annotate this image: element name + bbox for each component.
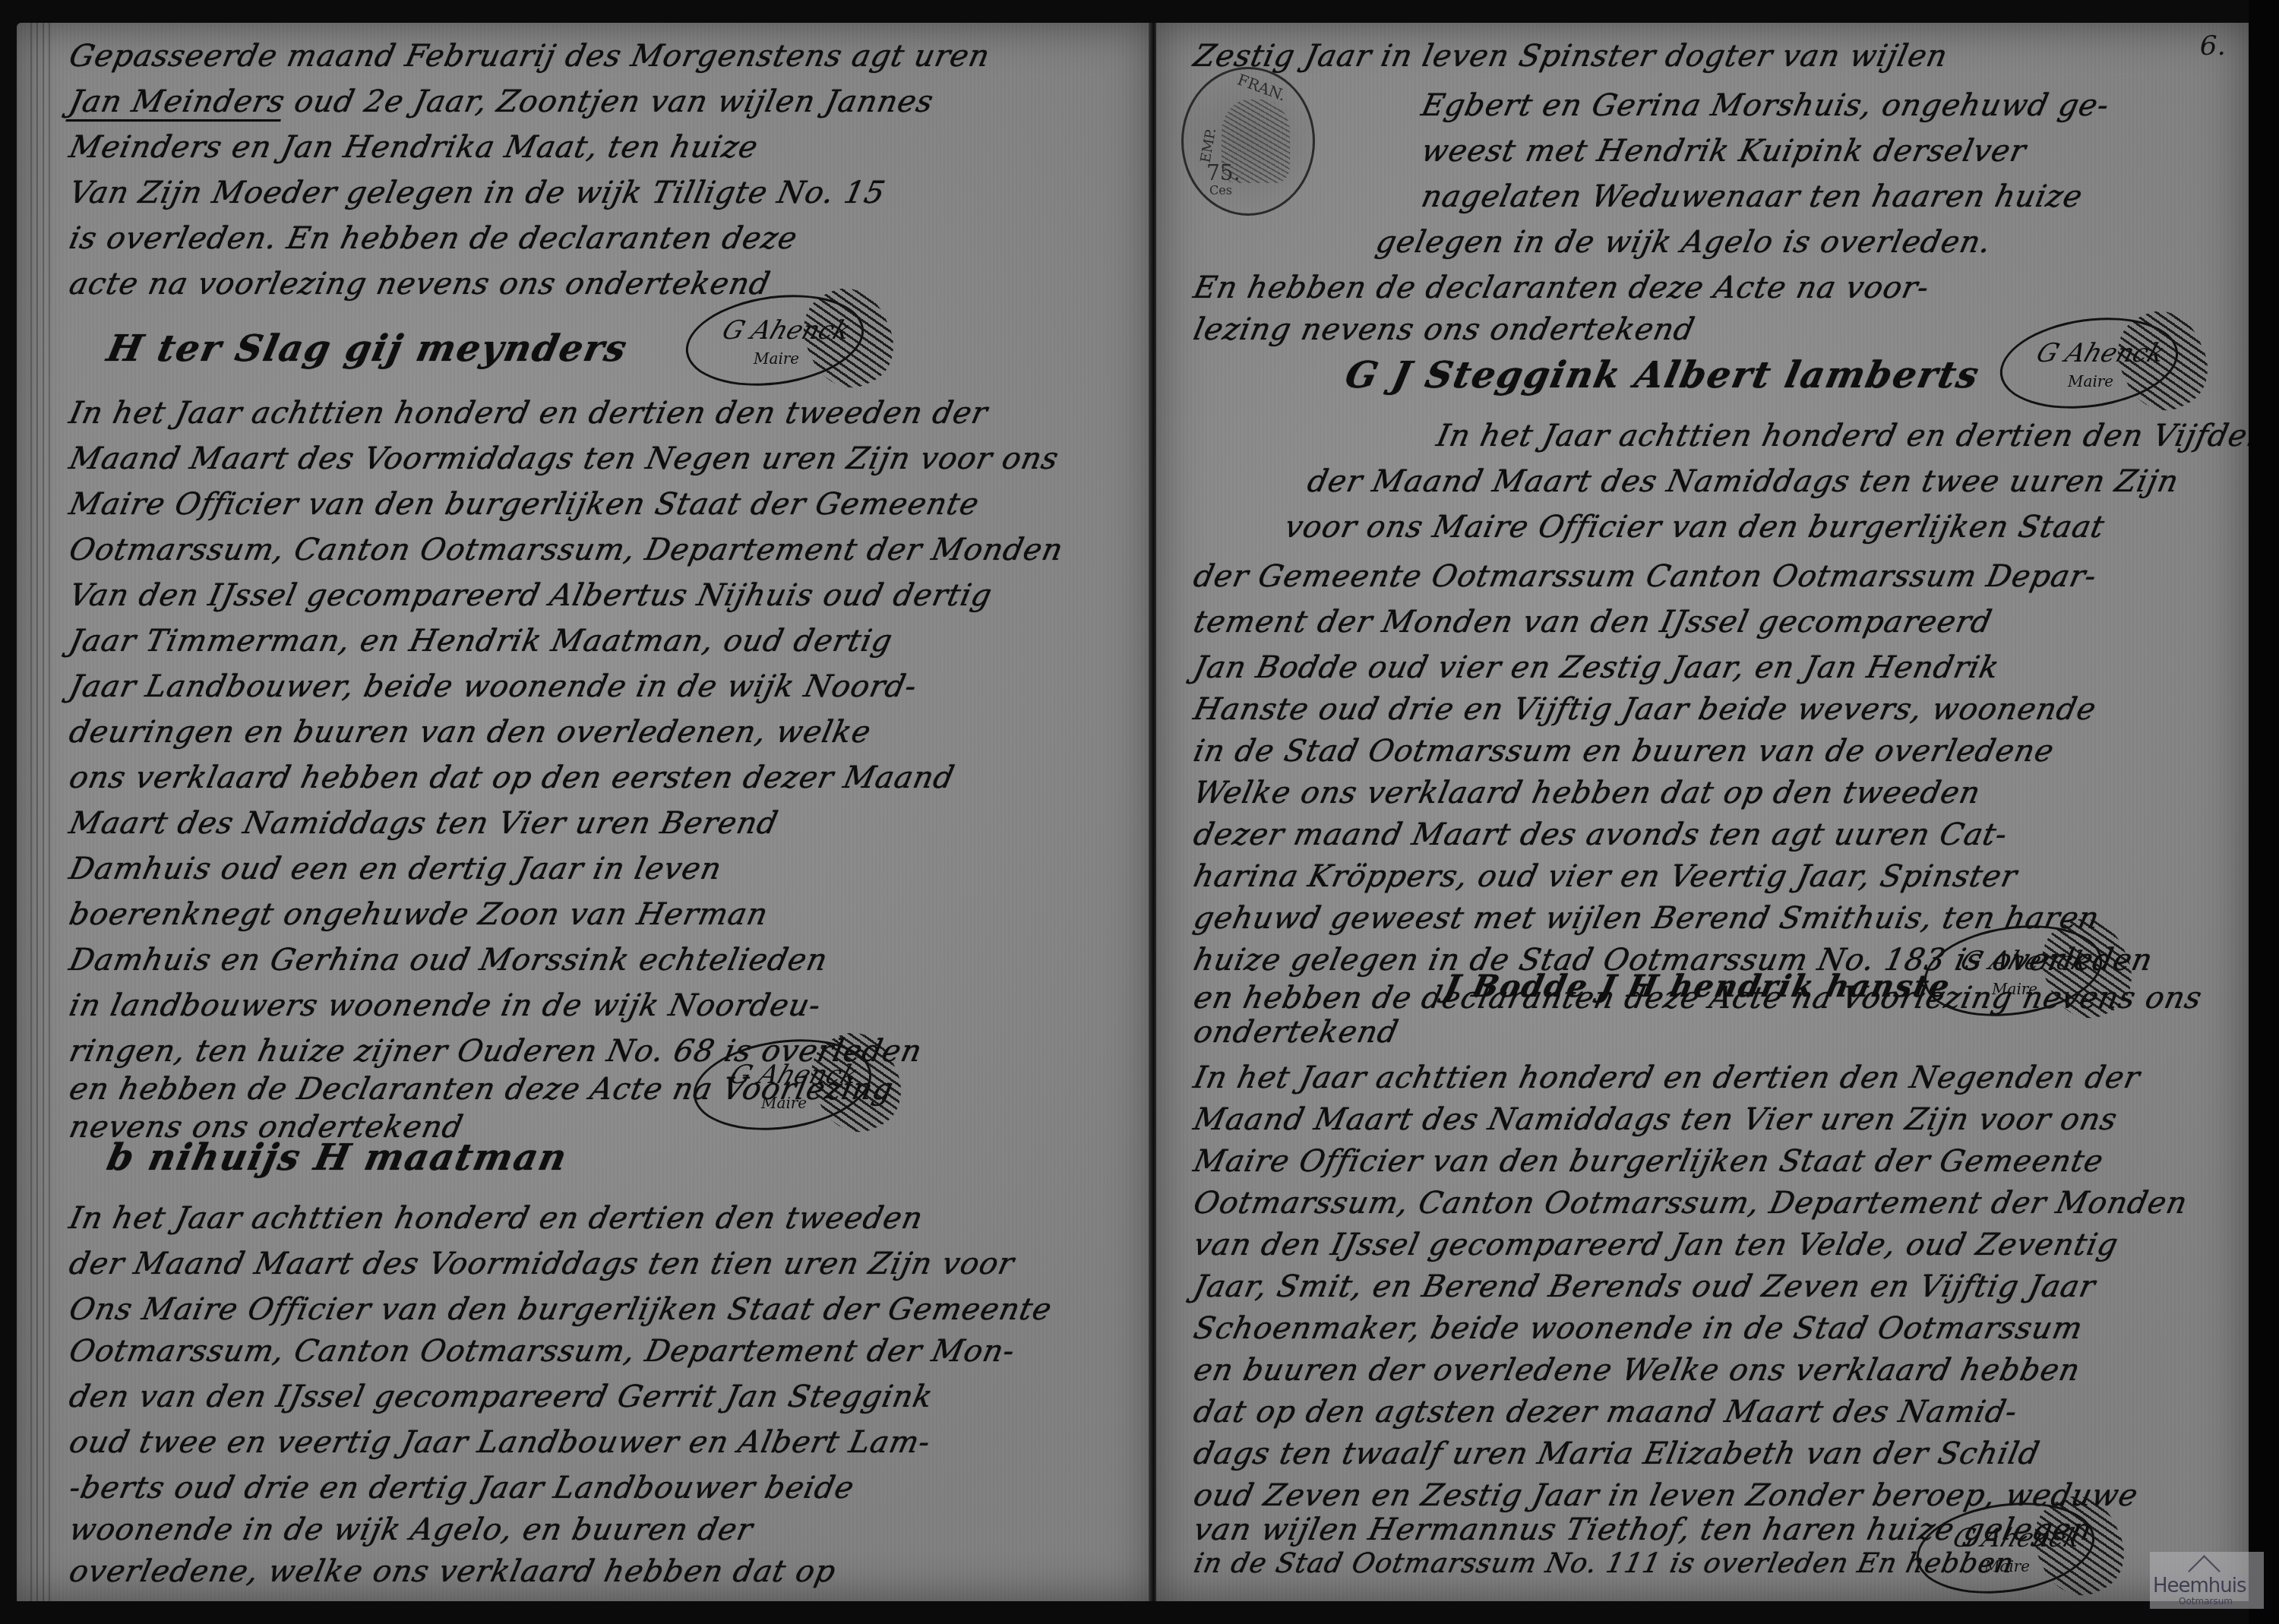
watermark-title: Heemhuis bbox=[2153, 1575, 2246, 1597]
text-line: der Maand Maart des Voormiddags ten tien… bbox=[66, 1246, 1128, 1282]
text-line: ons verklaard hebben dat op den eersten … bbox=[66, 760, 1128, 796]
mayor-signature: G Ahenck Maire bbox=[678, 281, 906, 395]
tax-stamp: FRAN. EMP. 75. Ces bbox=[1181, 67, 1315, 216]
signature-title: Maire bbox=[1984, 1557, 2030, 1575]
text-line: Van den IJssel gecompareerd Albertus Nij… bbox=[66, 577, 1128, 614]
text-line: den van den IJssel gecompareerd Gerrit J… bbox=[66, 1379, 1128, 1415]
text-line: weest met Hendrik Kuipink derselver bbox=[1335, 133, 2222, 169]
text-line: dezer maand Maart des avonds ten agt uur… bbox=[1190, 817, 2222, 853]
text-line: Zestig Jaar in leven Spinster dogter van… bbox=[1190, 38, 2222, 74]
underlined-name: Jan Meinders bbox=[66, 84, 288, 119]
text-line: gelegen in de wijk Agelo is overleden. bbox=[1289, 224, 2222, 261]
mayor-signature: G Ahenck Maire bbox=[685, 1025, 913, 1139]
text-line: en buuren der overledene Welke ons verkl… bbox=[1190, 1352, 2222, 1389]
text-line: boerenknegt ongehuwde Zoon van Herman bbox=[66, 896, 1128, 933]
text-line: voor ons Maire Officier van den burgerli… bbox=[1282, 509, 2222, 545]
text-line: Jan Bodde oud vier en Zestig Jaar, en Ja… bbox=[1190, 649, 2222, 686]
text-line: In het Jaar achttien honderd en dertien … bbox=[66, 395, 1128, 431]
text-line: En hebben de declaranten deze Acte na vo… bbox=[1190, 270, 2222, 306]
text-line: oud twee en veertig Jaar Landbouwer en A… bbox=[66, 1424, 1128, 1461]
text-line: Maart des Namiddags ten Vier uren Berend bbox=[66, 805, 1128, 842]
text-line: Maire Officier van den burgerlijken Staa… bbox=[66, 486, 1128, 523]
text-line: deuringen en buuren van den overledenen,… bbox=[66, 714, 1128, 750]
text-line: Maand Maart des Namiddags ten Vier uren … bbox=[1190, 1101, 2222, 1138]
text-line: Jaar Landbouwer, beide woonende in de wi… bbox=[66, 668, 1128, 705]
text-line: overledene, welke ons verklaard hebben d… bbox=[66, 1553, 1128, 1590]
stamp-text: EMP. bbox=[1198, 127, 1220, 164]
witness-signatures: H ter Slag gij meynders bbox=[104, 330, 1128, 367]
archive-watermark: Heemhuis Ootmarsum bbox=[2150, 1552, 2264, 1609]
watermark-subtitle: Ootmarsum bbox=[2179, 1596, 2233, 1607]
text-line: in landbouwers woonende in de wijk Noord… bbox=[66, 987, 1128, 1024]
text-line: dags ten twaalf uren Maria Elizabeth van… bbox=[1190, 1436, 2222, 1472]
text-line: dat op den agtsten dezer maand Maart des… bbox=[1190, 1394, 2222, 1430]
signature-title: Maire bbox=[2068, 372, 2113, 390]
text-line: Jan Meinders oud 2e Jaar, Zoontjen van w… bbox=[66, 84, 1128, 120]
stamp-value: 75. bbox=[1206, 160, 1241, 185]
text-line: Van Zijn Moeder gelegen in de wijk Tilli… bbox=[66, 175, 1128, 211]
text-line: acte na voorlezing nevens ons onderteken… bbox=[66, 266, 1128, 302]
text-line: In het Jaar achttien honderd en dertien … bbox=[1433, 418, 2222, 454]
mayor-signature: G Ahenck Maire bbox=[1908, 1489, 2136, 1601]
text-line: nagelaten Weduwenaar ten haaren huize bbox=[1335, 179, 2222, 215]
mayor-signature: G Ahenck Maire bbox=[1916, 912, 2144, 1025]
signature-title: Maire bbox=[761, 1094, 807, 1112]
text-line: Maire Officier van den burgerlijken Staa… bbox=[1190, 1143, 2222, 1180]
page-edge-lines bbox=[30, 23, 52, 1601]
text-line: in de Stad Ootmarssum en buuren van de o… bbox=[1190, 733, 2222, 769]
text-line: is overleden. En hebben de declaranten d… bbox=[66, 220, 1128, 257]
text-line: ringen, ten huize zijner Ouderen No. 68 … bbox=[66, 1033, 1128, 1070]
mayor-signature: G Ahenck Maire bbox=[1992, 304, 2220, 418]
text-line: Egbert en Gerina Morshuis, ongehuwd ge- bbox=[1335, 87, 2222, 124]
text-line: Hanste oud drie en Vijftig Jaar beide we… bbox=[1190, 691, 2222, 728]
signature-title: Maire bbox=[1992, 980, 2037, 998]
text-line: Ootmarssum, Canton Ootmarssum, Departeme… bbox=[66, 1333, 1128, 1370]
text-line: tement der Monden van den IJssel gecompa… bbox=[1190, 604, 2222, 640]
signature-hatching bbox=[798, 1020, 915, 1145]
text-line: Ootmarssum, Canton Ootmarssum, Departeme… bbox=[66, 532, 1128, 568]
text-line: In het Jaar achttien honderd en dertien … bbox=[1190, 1060, 2222, 1096]
text-line: woonende in de wijk Agelo, en buuren der bbox=[66, 1512, 1128, 1548]
text-line: Meinders en Jan Hendrika Maat, ten huize bbox=[66, 129, 1128, 166]
text-line: Damhuis oud een en dertig Jaar in leven bbox=[66, 851, 1128, 887]
signature-hatching bbox=[2028, 906, 2146, 1031]
text-line: Schoenmaker, beide woonende in de Stad O… bbox=[1190, 1310, 2222, 1347]
text-fragment: oud 2e Jaar, Zoontjen van wijlen Jannes bbox=[291, 84, 937, 119]
text-line: Gepasseerde maand Februarij des Morgenst… bbox=[66, 38, 1128, 74]
stamp-unit: Ces bbox=[1209, 183, 1232, 197]
witness-signatures: b nihuijs H maatman bbox=[104, 1139, 1128, 1176]
text-line: der Maand Maart des Namiddags ten twee u… bbox=[1304, 463, 2222, 500]
signature-title: Maire bbox=[754, 349, 799, 368]
text-line: Ootmarssum, Canton Ootmarssum, Departeme… bbox=[1190, 1185, 2222, 1221]
text-line: Jaar Timmerman, en Hendrik Maatman, oud … bbox=[66, 623, 1128, 659]
text-line: In het Jaar achttien honderd en dertien … bbox=[66, 1200, 1128, 1237]
right-page: 6. Zestig Jaar in leven Spinster dogter … bbox=[1156, 23, 2249, 1601]
text-line: Maand Maart des Voormiddags ten Negen ur… bbox=[66, 441, 1128, 477]
signature-hatching bbox=[790, 276, 908, 400]
left-page: Gepasseerde maand Februarij des Morgenst… bbox=[17, 23, 1155, 1601]
scan-border bbox=[2249, 0, 2279, 1624]
text-line: der Gemeente Ootmarssum Canton Ootmarssu… bbox=[1190, 558, 2222, 595]
signature-hatching bbox=[2104, 299, 2222, 423]
text-line: -berts oud drie en dertig Jaar Landbouwe… bbox=[66, 1470, 1128, 1506]
document-spread: Gepasseerde maand Februarij des Morgenst… bbox=[0, 0, 2279, 1624]
text-line: harina Kröppers, oud vier en Veertig Jaa… bbox=[1190, 858, 2222, 895]
text-line: Damhuis en Gerhina oud Morssink echtelie… bbox=[66, 942, 1128, 978]
text-line: Jaar, Smit, en Berend Berends oud Zeven … bbox=[1190, 1269, 2222, 1305]
text-line: van den IJssel gecompareerd Jan ten Veld… bbox=[1190, 1227, 2222, 1263]
text-line: Ons Maire Officier van den burgerlijken … bbox=[66, 1291, 1128, 1328]
text-line: en hebben de Declaranten deze Acte na Vo… bbox=[66, 1071, 1128, 1107]
text-line: Welke ons verklaard hebben dat op den tw… bbox=[1190, 775, 2222, 811]
